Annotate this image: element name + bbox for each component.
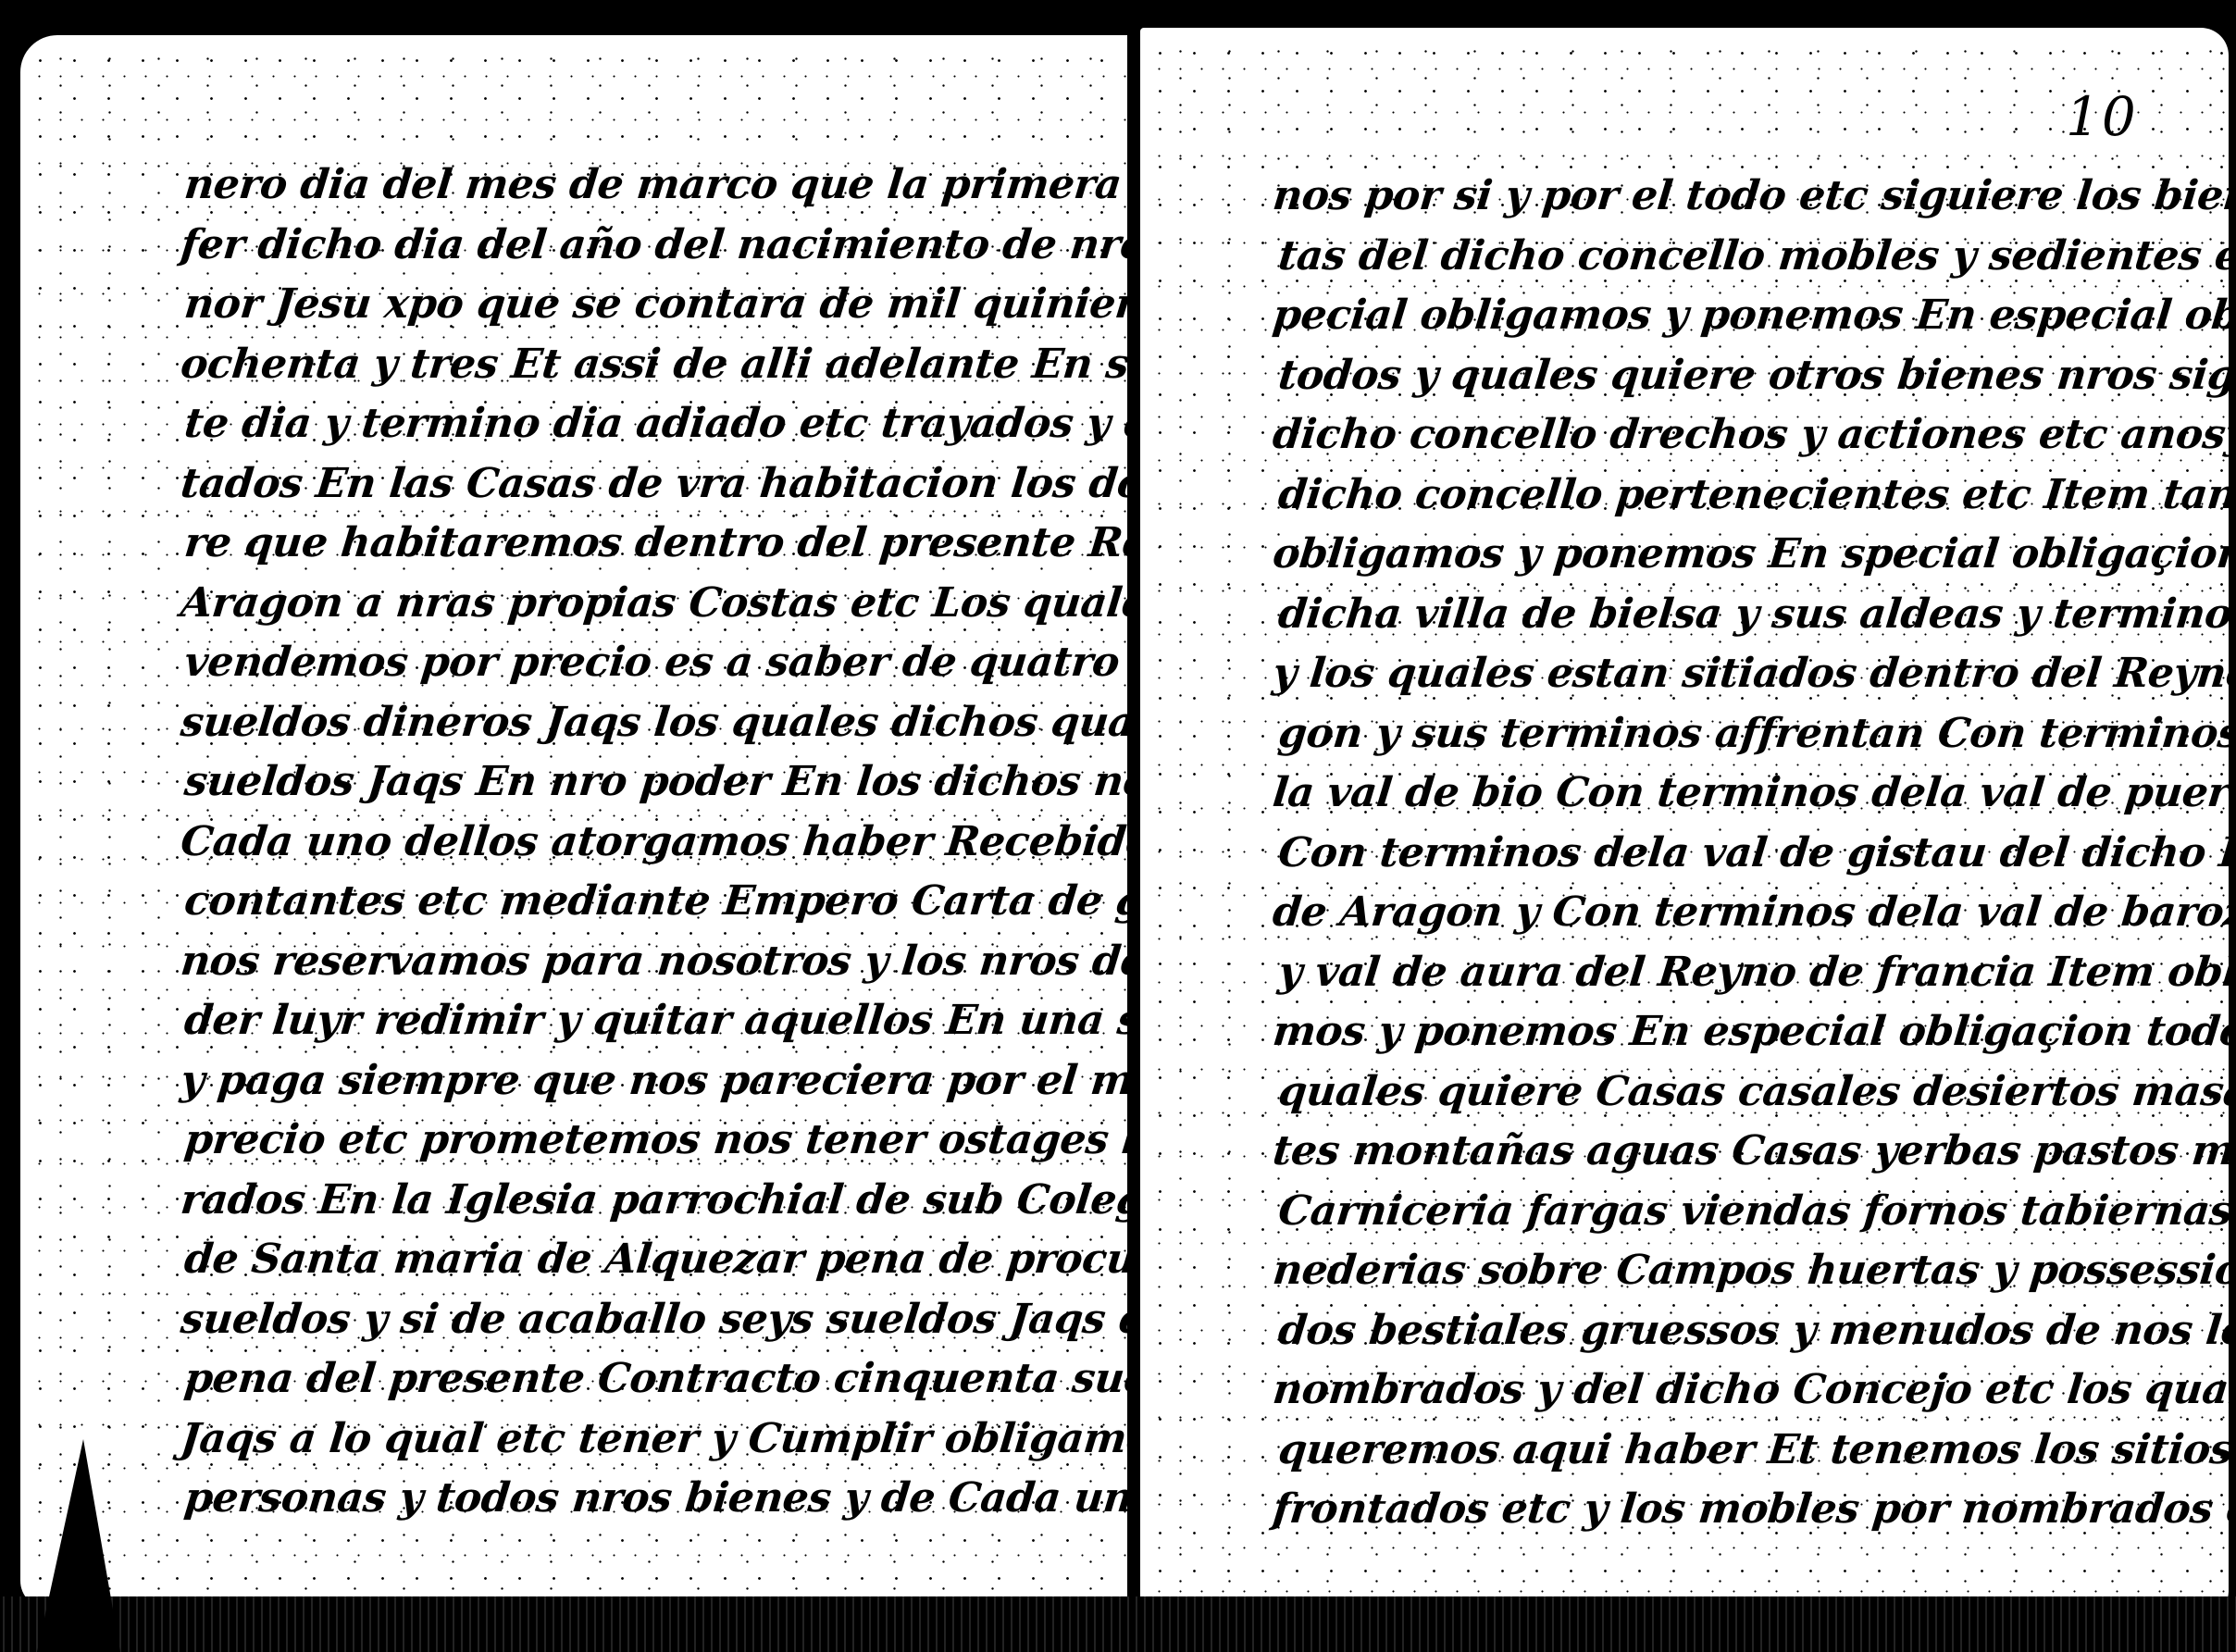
binding-shadow [37,1439,120,1652]
manuscript-spread: nero dia del mes de marco que la primera… [0,0,2236,1652]
manuscript-line: sueldos Jaqs En nro poder En los dichos … [178,752,1131,813]
manuscript-line: ochenta y tres Et assi de alli adelante … [178,335,1131,395]
manuscript-line: de Aragon y Con terminos dela val de bar… [1270,883,2229,943]
left-page: nero dia del mes de marco que la primera… [20,35,1131,1609]
manuscript-line: obligamos y ponemos En special obligaçio… [1270,525,2229,585]
manuscript-line: quales quiere Casas casales desiertos ma… [1270,1062,2229,1123]
left-page-text: nero dia del mes de marco que la primera… [178,155,1131,1529]
manuscript-line: contantes etc mediante Empero Carta de g… [178,872,1131,932]
manuscript-line: der luyr redimir y quitar aquellos En un… [178,991,1131,1051]
page-bottom-edge [0,1596,2236,1652]
manuscript-line: tes montañas aguas Casas yerbas pastos m… [1270,1122,2229,1182]
manuscript-line: todos y quales quiere otros bienes nros … [1270,346,2229,406]
manuscript-line: nor Jesu xpo que se contara de mil quini… [178,275,1131,335]
manuscript-line: te dia y termino dia adiado etc trayados… [178,394,1131,454]
right-page-text: nos por si y por el todo etc siguiere lo… [1270,167,2229,1540]
manuscript-line: nombrados y del dicho Concejo etc los qu… [1270,1360,2229,1421]
manuscript-line: frontados etc y los mobles por nombrados… [1270,1480,2229,1540]
manuscript-line: dos bestiales gruessos y menudos de nos … [1270,1301,2229,1361]
manuscript-line: Jaqs a lo qual etc tener y Cumplir oblig… [178,1410,1131,1470]
manuscript-line: tados En las Casas de vra habitacion los… [178,454,1131,515]
manuscript-line: rados En la Iglesia parrochial de sub Co… [178,1171,1131,1231]
manuscript-line: nederias sobre Campos huertas y possessi… [1270,1241,2229,1301]
manuscript-line: pena del presente Contracto cinquenta su… [178,1349,1131,1410]
manuscript-line: precio etc prometemos nos tener ostages … [178,1111,1131,1171]
manuscript-line: vendemos por precio es a saber de quatro [178,633,1131,693]
manuscript-line: y los quales estan sitiados dentro del R… [1270,644,2229,704]
manuscript-line: Cada uno dellos atorgamos haber Recebido… [178,813,1131,873]
manuscript-line: dicho concello drechos y actiones etc an… [1270,405,2229,466]
manuscript-line: la val de bio Con terminos dela val de p… [1270,764,2229,824]
manuscript-line: sueldos dineros Jaqs los quales dichos q… [178,693,1131,753]
manuscript-line: tas del dicho concello mobles y sediente… [1270,227,2229,287]
manuscript-line: sueldos y si de acaballo seys sueldos Ja… [178,1290,1131,1350]
manuscript-line: fer dicho dia del año del nacimiento de … [178,216,1131,276]
manuscript-line: nos reservamos para nosotros y los nros … [178,932,1131,992]
manuscript-line: personas y todos nros bienes y de Cada u… [178,1469,1131,1529]
manuscript-line: dicha villa de bielsa y sus aldeas y ter… [1270,585,2229,645]
folio-number: 10 [2066,85,2138,148]
manuscript-line: queremos aqui haber Et tenemos los sitio… [1270,1421,2229,1481]
manuscript-line: y paga siempre que nos pareciera por el … [178,1051,1131,1112]
manuscript-line: re que habitaremos dentro del presente R… [178,514,1131,574]
manuscript-line: nos por si y por el todo etc siguiere lo… [1270,167,2229,227]
manuscript-line: Con terminos dela val de gistau del dich… [1270,824,2229,884]
manuscript-line: mos y ponemos En especial obligaçion tod… [1270,1002,2229,1062]
right-page: 10 nos por si y por el todo etc siguiere… [1140,28,2229,1610]
book-gutter [1127,19,1133,1652]
manuscript-line: y val de aura del Reyno de francia Item … [1270,943,2229,1003]
manuscript-line: Carniceria fargas viendas fornos tabiern… [1270,1182,2229,1242]
manuscript-line: pecial obligamos y ponemos En especial o… [1270,286,2229,346]
manuscript-line: de Santa maria de Alquezar pena de procu… [178,1230,1131,1290]
manuscript-line: Aragon a nras propias Costas etc Los qua… [178,574,1131,634]
manuscript-line: dicho concello pertenecientes etc Item t… [1270,466,2229,526]
manuscript-line: gon y sus terminos affrentan Con termino… [1270,704,2229,764]
manuscript-line: nero dia del mes de marco que la primera… [178,155,1131,216]
